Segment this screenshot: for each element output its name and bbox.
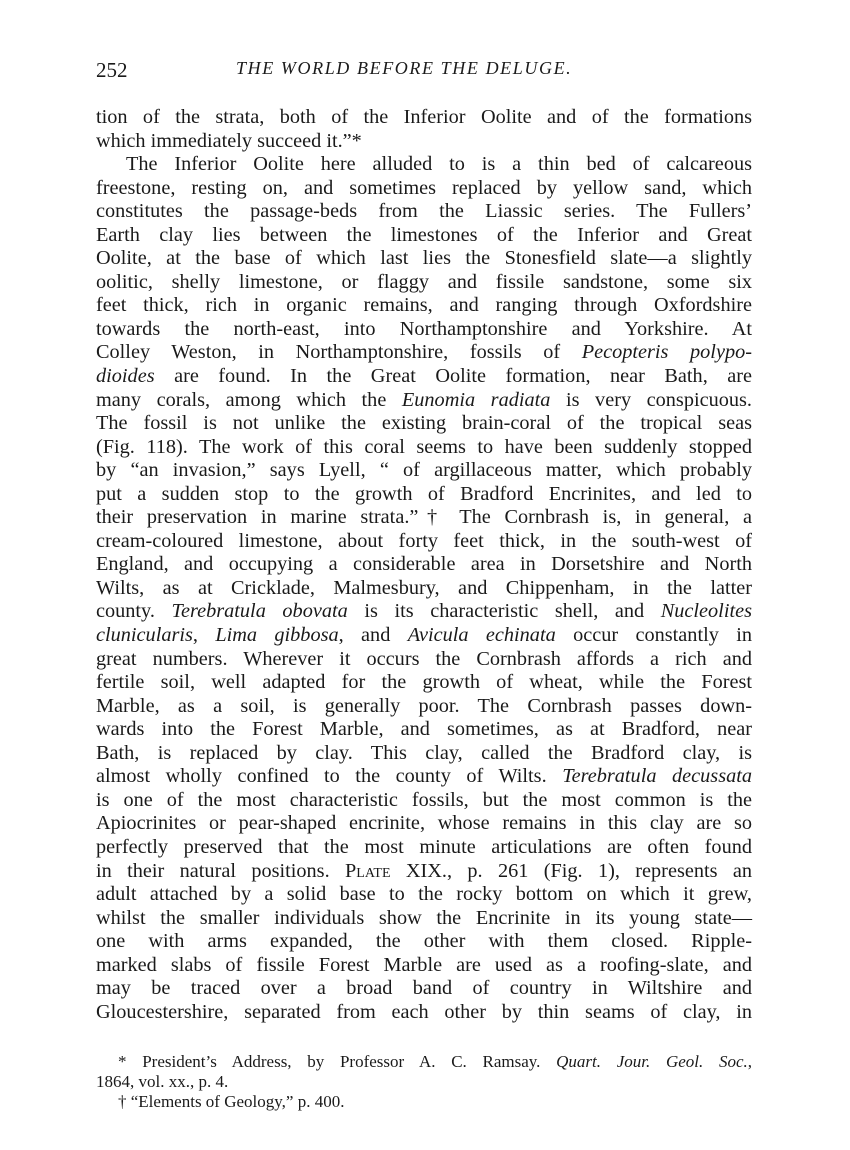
text-line-text: England, and occupying a considerable ar… bbox=[96, 553, 752, 577]
page-header: 252 THE WORLD BEFORE THE DELUGE. bbox=[96, 58, 752, 84]
text-line: (Fig. 118). The work of this coral seems… bbox=[96, 436, 752, 460]
text-line-text: freestone, resting on, and sometimes rep… bbox=[96, 177, 752, 201]
text-line: great numbers. Wherever it occurs the Co… bbox=[96, 648, 752, 672]
footnote-line: † “Elements of Geology,” p. 400. bbox=[96, 1092, 752, 1112]
text-line-text: county. Terebratula obovata is its chara… bbox=[96, 600, 752, 624]
text-line-text: Colley Weston, in Northamptonshire, foss… bbox=[96, 341, 752, 365]
footnote-line-text: 1864, vol. xx., p. 4. bbox=[96, 1072, 752, 1092]
italic-term: Pecopteris polypo- bbox=[582, 341, 752, 363]
text-line-text: tion of the strata, both of the Inferior… bbox=[96, 106, 752, 130]
running-title: THE WORLD BEFORE THE DELUGE. bbox=[236, 58, 572, 79]
text-line: many corals, among which the Eunomia rad… bbox=[96, 389, 752, 413]
text-line: Bath, is replaced by clay. This clay, ca… bbox=[96, 742, 752, 766]
text-line-text: by “an invasion,” says Lyell, “ of argil… bbox=[96, 459, 752, 483]
text-line-text: one with arms expanded, the other with t… bbox=[96, 930, 752, 954]
text-line: towards the north-east, into Northampton… bbox=[96, 318, 752, 342]
text-line: Apiocrinites or pear-shaped encrinite, w… bbox=[96, 812, 752, 836]
text-line: marked slabs of fissile Forest Marble ar… bbox=[96, 954, 752, 978]
text-line: whilst the smaller individuals show the … bbox=[96, 907, 752, 931]
italic-term: Avicula echinata bbox=[408, 624, 556, 646]
footnote-line-text: † “Elements of Geology,” p. 400. bbox=[118, 1092, 752, 1112]
italic-term: clunicularis bbox=[96, 624, 193, 646]
text-line-text: wards into the Forest Marble, and someti… bbox=[96, 718, 752, 742]
text-line: dioides are found. In the Great Oolite f… bbox=[96, 365, 752, 389]
text-line: constitutes the passage-beds from the Li… bbox=[96, 200, 752, 224]
page-number: 252 bbox=[96, 58, 128, 83]
text-line: which immediately succeed it.”* bbox=[96, 130, 752, 154]
text-line: clunicularis, Lima gibbosa, and Avicula … bbox=[96, 624, 752, 648]
text-line: almost wholly confined to the county of … bbox=[96, 765, 752, 789]
text-line-text: their preservation in marine strata.”† T… bbox=[96, 506, 752, 530]
text-line-text: in their natural positions. Plate XIX., … bbox=[96, 860, 752, 884]
footnote-line: 1864, vol. xx., p. 4. bbox=[96, 1072, 752, 1092]
text-line: feet thick, rich in organic remains, and… bbox=[96, 294, 752, 318]
text-line: freestone, resting on, and sometimes rep… bbox=[96, 177, 752, 201]
text-line-text: Oolite, at the base of which last lies t… bbox=[96, 247, 752, 271]
text-line-text: feet thick, rich in organic remains, and… bbox=[96, 294, 752, 318]
text-line: wards into the Forest Marble, and someti… bbox=[96, 718, 752, 742]
text-line-text: Earth clay lies between the limestones o… bbox=[96, 224, 752, 248]
text-line: adult attached by a solid base to the ro… bbox=[96, 883, 752, 907]
text-line: is one of the most characteristic fossil… bbox=[96, 789, 752, 813]
footnotes: * President’s Address, by Professor A. C… bbox=[96, 1052, 752, 1112]
footnote-line: * President’s Address, by Professor A. C… bbox=[96, 1052, 752, 1072]
text-line-text: put a sudden stop to the growth of Bradf… bbox=[96, 483, 752, 507]
text-line: fertile soil, well adapted for the growt… bbox=[96, 671, 752, 695]
text-line: perfectly preserved that the most minute… bbox=[96, 836, 752, 860]
text-line: cream-coloured limestone, about forty fe… bbox=[96, 530, 752, 554]
text-line-text: The Inferior Oolite here alluded to is a… bbox=[126, 153, 752, 177]
text-line-text: many corals, among which the Eunomia rad… bbox=[96, 389, 752, 413]
italic-term: Eunomia radiata bbox=[402, 389, 551, 411]
text-line-text: whilst the smaller individuals show the … bbox=[96, 907, 752, 931]
text-line-text: fertile soil, well adapted for the growt… bbox=[96, 671, 752, 695]
text-line-text: clunicularis, Lima gibbosa, and Avicula … bbox=[96, 624, 752, 648]
italic-term: Nucleolites bbox=[661, 600, 752, 622]
text-line-text: Apiocrinites or pear-shaped encrinite, w… bbox=[96, 812, 752, 836]
text-line-text: dioides are found. In the Great Oolite f… bbox=[96, 365, 752, 389]
text-line-text: towards the north-east, into Northampton… bbox=[96, 318, 752, 342]
text-line-text: constitutes the passage-beds from the Li… bbox=[96, 200, 752, 224]
text-line: Wilts, as at Cricklade, Malmesbury, and … bbox=[96, 577, 752, 601]
text-line-text: is one of the most characteristic fossil… bbox=[96, 789, 752, 813]
text-line: The Inferior Oolite here alluded to is a… bbox=[96, 153, 752, 177]
text-line: may be traced over a broad band of count… bbox=[96, 977, 752, 1001]
body-text: tion of the strata, both of the Inferior… bbox=[96, 106, 752, 1024]
text-line-text: marked slabs of fissile Forest Marble ar… bbox=[96, 954, 752, 978]
italic-term: Terebratula decussata bbox=[562, 765, 752, 787]
small-caps-term: Plate bbox=[345, 860, 391, 882]
text-line: put a sudden stop to the growth of Bradf… bbox=[96, 483, 752, 507]
text-line-text: almost wholly confined to the county of … bbox=[96, 765, 752, 789]
text-line: England, and occupying a considerable ar… bbox=[96, 553, 752, 577]
text-line: Earth clay lies between the limestones o… bbox=[96, 224, 752, 248]
italic-term: dioides bbox=[96, 365, 155, 387]
italic-term: Terebratula obovata bbox=[172, 600, 348, 622]
text-line-text: may be traced over a broad band of count… bbox=[96, 977, 752, 1001]
footnote-line-text: * President’s Address, by Professor A. C… bbox=[118, 1052, 752, 1072]
text-line: in their natural positions. Plate XIX., … bbox=[96, 860, 752, 884]
text-line: tion of the strata, both of the Inferior… bbox=[96, 106, 752, 130]
text-line-text: Bath, is replaced by clay. This clay, ca… bbox=[96, 742, 752, 766]
italic-term: Lima gibbosa bbox=[215, 624, 338, 646]
text-line: by “an invasion,” says Lyell, “ of argil… bbox=[96, 459, 752, 483]
text-line-text: (Fig. 118). The work of this coral seems… bbox=[96, 436, 752, 460]
text-line-text: oolitic, shelly limestone, or flaggy and… bbox=[96, 271, 752, 295]
italic-term: Quart. Jour. Geol. Soc. bbox=[556, 1052, 748, 1071]
text-line-text: cream-coloured limestone, about forty fe… bbox=[96, 530, 752, 554]
text-line-text: adult attached by a solid base to the ro… bbox=[96, 883, 752, 907]
text-line: The fossil is not unlike the existing br… bbox=[96, 412, 752, 436]
text-line: Colley Weston, in Northamptonshire, foss… bbox=[96, 341, 752, 365]
text-line-text: perfectly preserved that the most minute… bbox=[96, 836, 752, 860]
text-line-text: Marble, as a soil, is generally poor. Th… bbox=[96, 695, 752, 719]
text-line: Marble, as a soil, is generally poor. Th… bbox=[96, 695, 752, 719]
text-line: their preservation in marine strata.”† T… bbox=[96, 506, 752, 530]
text-line: Oolite, at the base of which last lies t… bbox=[96, 247, 752, 271]
text-line: oolitic, shelly limestone, or flaggy and… bbox=[96, 271, 752, 295]
text-line: county. Terebratula obovata is its chara… bbox=[96, 600, 752, 624]
text-line: one with arms expanded, the other with t… bbox=[96, 930, 752, 954]
text-line-text: Gloucestershire, separated from each oth… bbox=[96, 1001, 752, 1025]
text-line-text: which immediately succeed it.”* bbox=[96, 130, 752, 154]
text-line: Gloucestershire, separated from each oth… bbox=[96, 1001, 752, 1025]
book-page: 252 THE WORLD BEFORE THE DELUGE. tion of… bbox=[0, 0, 850, 1150]
text-line-text: The fossil is not unlike the existing br… bbox=[96, 412, 752, 436]
text-line-text: great numbers. Wherever it occurs the Co… bbox=[96, 648, 752, 672]
text-line-text: Wilts, as at Cricklade, Malmesbury, and … bbox=[96, 577, 752, 601]
